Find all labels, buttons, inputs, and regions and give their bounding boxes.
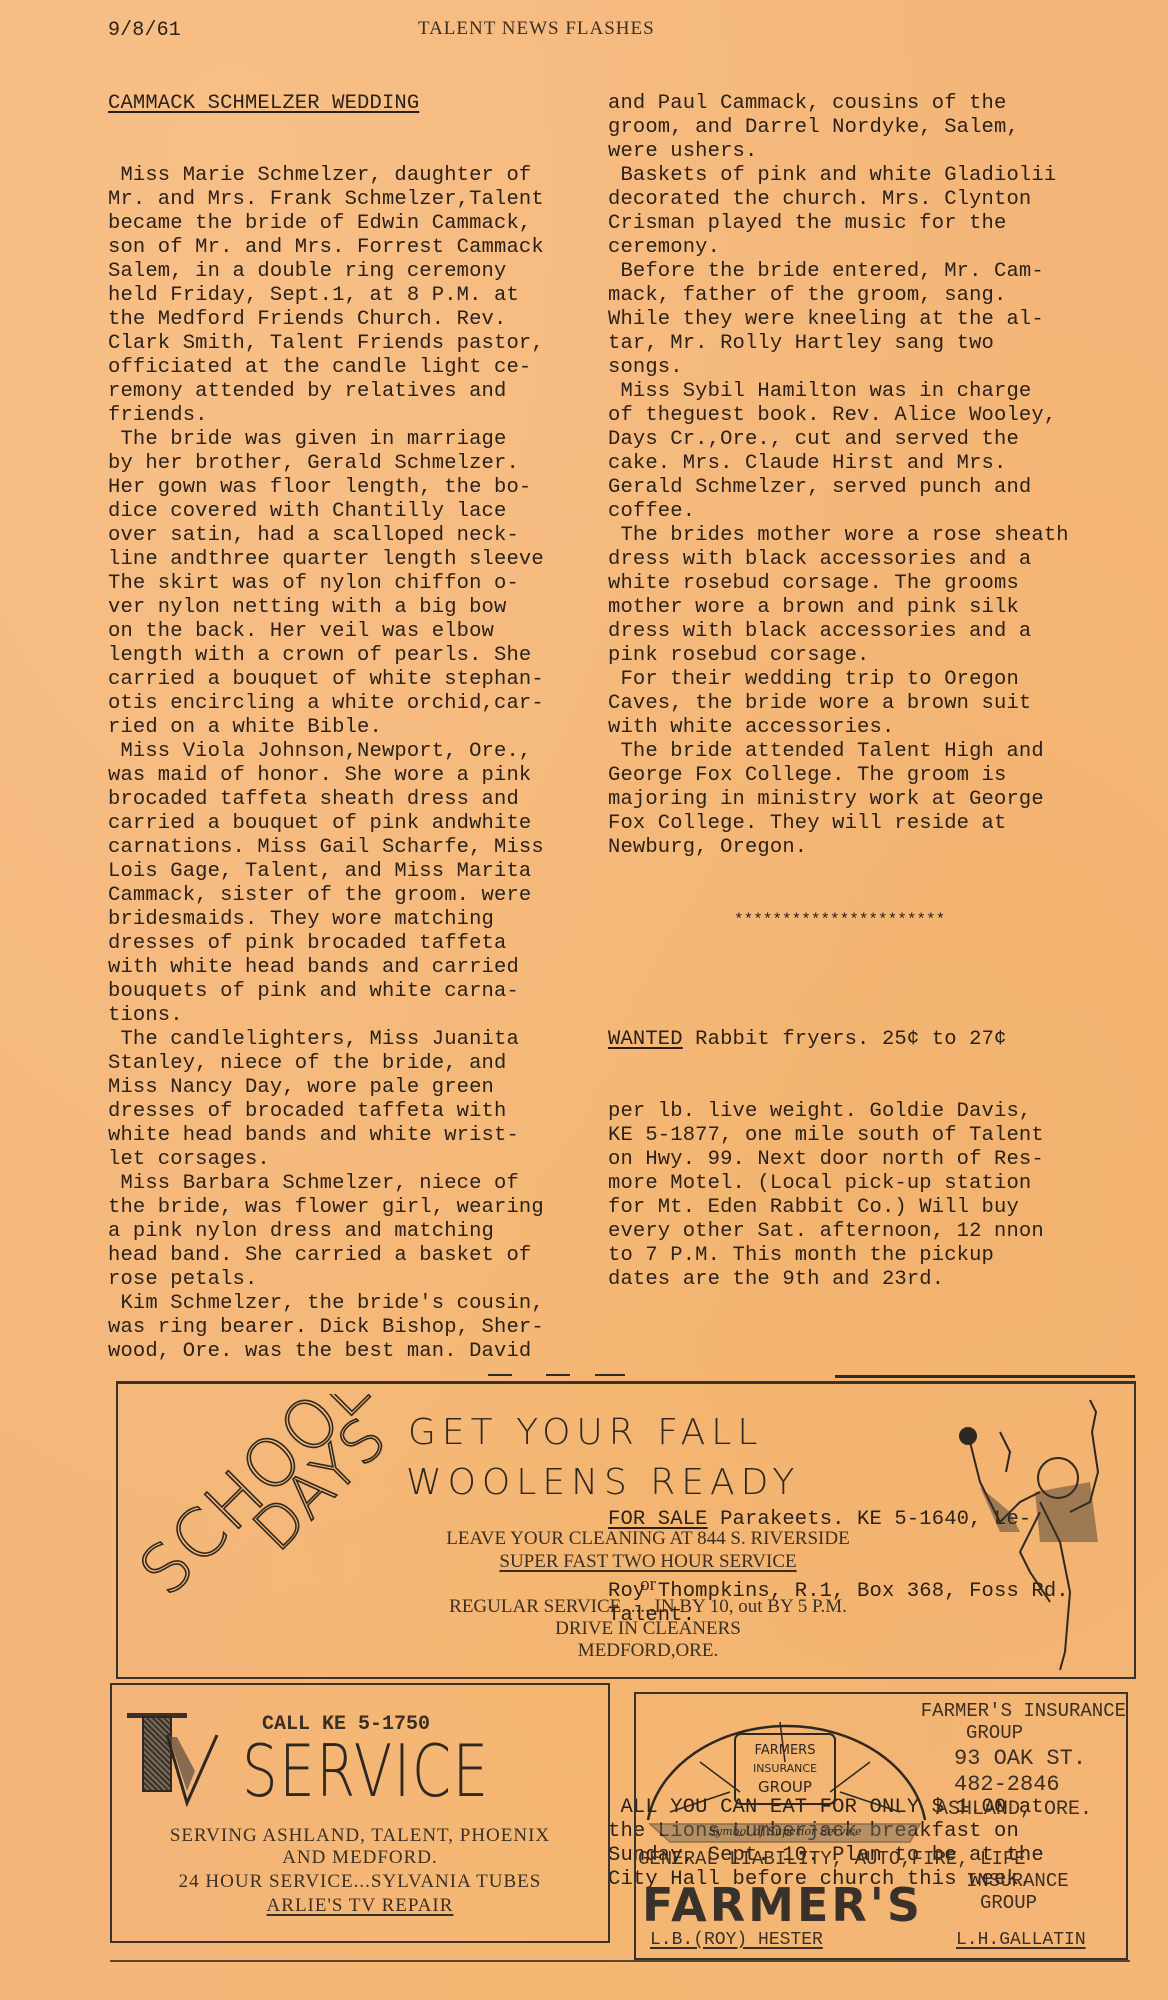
article-line: and Paul Cammack, cousins of the: [608, 92, 1148, 116]
svg-text:Symbol of Superior Service: Symbol of Superior Service: [708, 1825, 862, 1838]
divider-line: [835, 1375, 1135, 1378]
article-line: Newburg, Oregon.: [608, 836, 1148, 860]
article-line: with white accessories.: [608, 716, 1148, 740]
article-line: were ushers.: [608, 140, 1148, 164]
article-line: officiated at the candle light ce-: [108, 356, 608, 380]
divider-dash: [595, 1374, 625, 1376]
svg-text:GROUP: GROUP: [758, 1778, 812, 1796]
article-line: son of Mr. and Mrs. Forrest Cammack: [108, 236, 608, 260]
newsletter-page: 9/8/61 TALENT NEWS FLASHES CAMMACK SCHME…: [0, 0, 1168, 2000]
article-line: Clark Smith, Talent Friends pastor,: [108, 332, 608, 356]
article-line: While they were kneeling at the al-: [608, 308, 1148, 332]
article-line: Days Cr.,Ore., cut and served the: [608, 428, 1148, 452]
tv-serving-area-2: AND MEDFORD.: [112, 1847, 608, 1869]
article-line: carnations. Miss Gail Scharfe, Miss: [108, 836, 608, 860]
article-line: Kim Schmelzer, the bride's cousin,: [108, 1292, 608, 1316]
article-line: length with a crown of pearls. She: [108, 644, 608, 668]
bottom-rule: [110, 1960, 1130, 1962]
farmers-emblem: FARMERS INSURANCE GROUP Symbol of Superi…: [640, 1702, 930, 1852]
tv-logo-v: [165, 1731, 221, 1807]
wanted-label: WANTED: [608, 1028, 683, 1051]
article-line: dresses of brocaded taffeta with: [108, 1100, 608, 1124]
insurance-coverage-3: GROUP: [980, 1892, 1037, 1914]
dateline: 9/8/61: [108, 19, 181, 43]
classified-wanted: WANTED Rabbit fryers. 25¢ to 27¢ per lb.…: [608, 980, 1148, 1340]
article-line: dresses of pink brocaded taffeta: [108, 932, 608, 956]
classified-line: every other Sat. afternoon, 12 nnon: [608, 1220, 1148, 1244]
insurance-ad: FARMERS INSURANCE GROUP Symbol of Superi…: [634, 1692, 1128, 1960]
article-line: on the back. Her veil was elbow: [108, 620, 608, 644]
article-line: carried a bouquet of pink andwhite: [108, 812, 608, 836]
article-headline: CAMMACK SCHMELZER WEDDING: [108, 92, 608, 116]
wanted-first-line: Rabbit fryers. 25¢ to 27¢: [683, 1028, 1007, 1051]
article-line: white head bands and white wrist-: [108, 1124, 608, 1148]
article-line: became the bride of Edwin Cammack,: [108, 212, 608, 236]
insurance-brand: FARMER'S: [642, 1878, 923, 1932]
article-line: dice covered with Chantilly lace: [108, 500, 608, 524]
article-line: with white head bands and carried: [108, 956, 608, 980]
article-line: Miss Marie Schmelzer, daughter of: [108, 164, 608, 188]
article-line: otis encircling a white orchid,car-: [108, 692, 608, 716]
article-line: the bride, was flower girl, wearing: [108, 1196, 608, 1220]
cleaners-address: LEAVE YOUR CLEANING AT 844 S. RIVERSIDE: [408, 1528, 888, 1550]
article-right-lines: and Paul Cammack, cousins of thegroom, a…: [608, 92, 1148, 860]
article-line: was ring bearer. Dick Bishop, Sher-: [108, 1316, 608, 1340]
article-line: friends.: [108, 404, 608, 428]
article-line: The brides mother wore a rose sheath: [608, 524, 1148, 548]
article-line: dress with black accessories and a: [608, 548, 1148, 572]
article-line: coffee.: [608, 500, 1148, 524]
article-line: Before the bride entered, Mr. Cam-: [608, 260, 1148, 284]
tv-logo: [127, 1713, 227, 1803]
article-left-column: CAMMACK SCHMELZER WEDDING Miss Marie Sch…: [108, 44, 608, 1412]
article-line: line andthree quarter length sleeve: [108, 548, 608, 572]
insurance-agent-2: L.H.GALLATIN: [956, 1930, 1086, 1950]
cleaners-regular-service: REGULAR SERVICE.......IN BY 10, out BY 5…: [268, 1596, 1028, 1618]
article-line: The bride attended Talent High and: [608, 740, 1148, 764]
article-line: the Medford Friends Church. Rev.: [108, 308, 608, 332]
article-line: head band. She carried a basket of: [108, 1244, 608, 1268]
article-line: bridesmaids. They wore matching: [108, 908, 608, 932]
insurance-phone: 482-2846: [954, 1772, 1060, 1797]
article-line: rose petals.: [108, 1268, 608, 1292]
article-line: Miss Barbara Schmelzer, niece of: [108, 1172, 608, 1196]
article-line: Her gown was floor length, the bo-: [108, 476, 608, 500]
article-line: by her brother, Gerald Schmelzer.: [108, 452, 608, 476]
article-line: ceremony.: [608, 236, 1148, 260]
svg-text:INSURANCE: INSURANCE: [753, 1762, 817, 1775]
insurance-coverage: GENERAL LIABILITY, AUTO,FIRE, LIFE: [638, 1848, 1026, 1870]
cleaners-fast-service: SUPER FAST TWO HOUR SERVICE: [408, 1551, 888, 1573]
cleaners-city: MEDFORD,ORE.: [408, 1640, 888, 1662]
tv-business-name: ARLIE'S TV REPAIR: [112, 1895, 608, 1917]
article-line: brocaded taffeta sheath dress and: [108, 788, 608, 812]
article-line: The candlelighters, Miss Juanita: [108, 1028, 608, 1052]
classified-line: on Hwy. 99. Next door north of Res-: [608, 1148, 1148, 1172]
article-line: held Friday, Sept.1, at 8 P.M. at: [108, 284, 608, 308]
article-line: The skirt was of nylon chiffon o-: [108, 572, 608, 596]
insurance-agent-1: L.B.(ROY) HESTER: [650, 1930, 823, 1950]
article-line: Gerald Schmelzer, served punch and: [608, 476, 1148, 500]
article-line: cake. Mrs. Claude Hirst and Mrs.: [608, 452, 1148, 476]
article-line: ver nylon netting with a big bow: [108, 596, 608, 620]
article-line: dress with black accessories and a: [608, 620, 1148, 644]
insurance-coverage-2: INSURANCE: [966, 1870, 1069, 1892]
insurance-name-2: GROUP: [966, 1722, 1023, 1744]
article-line: George Fox College. The groom is: [608, 764, 1148, 788]
article-line: let corsages.: [108, 1148, 608, 1172]
school-days-script: SCHOOL DAYS: [128, 1394, 428, 1614]
section-separator: **********************: [608, 908, 1148, 932]
article-line: Miss Nancy Day, wore pale green: [108, 1076, 608, 1100]
article-line: Crisman played the music for the: [608, 212, 1148, 236]
article-line: Lois Gage, Talent, and Miss Marita: [108, 860, 608, 884]
article-line: mack, father of the groom, sang.: [608, 284, 1148, 308]
classified-line: per lb. live weight. Goldie Davis,: [608, 1100, 1148, 1124]
article-line: Stanley, niece of the bride, and: [108, 1052, 608, 1076]
article-line: wood, Ore. was the best man. David: [108, 1340, 608, 1364]
cleaners-or: or: [408, 1574, 888, 1596]
classified-line: more Motel. (Local pick-up station: [608, 1172, 1148, 1196]
article-line: Miss Viola Johnson,Newport, Ore.,: [108, 740, 608, 764]
article-line: Mr. and Mrs. Frank Schmelzer,Talent: [108, 188, 608, 212]
classified-line: to 7 P.M. This month the pickup: [608, 1244, 1148, 1268]
article-line: Salem, in a double ring ceremony: [108, 260, 608, 284]
classified-line: KE 5-1877, one mile south of Talent: [608, 1124, 1148, 1148]
football-player-illustration: [940, 1392, 1120, 1672]
article-line: was maid of honor. She wore a pink: [108, 764, 608, 788]
article-line: Cammack, sister of the groom. were: [108, 884, 608, 908]
article-line: decorated the church. Mrs. Clynton: [608, 188, 1148, 212]
tv-serving-area: SERVING ASHLAND, TALENT, PHOENIX: [112, 1825, 608, 1847]
article-line: white rosebud corsage. The grooms: [608, 572, 1148, 596]
insurance-city: ASHLAND, ORE.: [936, 1798, 1092, 1821]
article-line: The bride was given in marriage: [108, 428, 608, 452]
cleaners-ad: SCHOOL DAYS GET YOUR FALL WOOLENS READY …: [116, 1381, 1136, 1679]
article-line: For their wedding trip to Oregon: [608, 668, 1148, 692]
article-left-lines: Miss Marie Schmelzer, daughter ofMr. and…: [108, 164, 608, 1364]
article-line: of theguest book. Rev. Alice Wooley,: [608, 404, 1148, 428]
article-line: bouquets of pink and white carna-: [108, 980, 608, 1004]
article-line: over satin, had a scalloped neck-: [108, 524, 608, 548]
article-line: carried a bouquet of white stephan-: [108, 668, 608, 692]
article-line: majoring in ministry work at George: [608, 788, 1148, 812]
divider-dash: [546, 1374, 570, 1376]
tv-service-title: SERVICE: [242, 1729, 490, 1813]
cleaners-headline-1: GET YOUR FALL: [408, 1412, 763, 1453]
classified-line: for Mt. Eden Rabbit Co.) Will buy: [608, 1196, 1148, 1220]
insurance-address: 93 OAK ST.: [954, 1746, 1086, 1771]
divider-dash: [488, 1374, 512, 1376]
tv-hours: 24 HOUR SERVICE...SYLVANIA TUBES: [112, 1871, 608, 1893]
article-line: Baskets of pink and white Gladiolii: [608, 164, 1148, 188]
article-line: Caves, the bride wore a brown suit: [608, 692, 1148, 716]
article-line: tions.: [108, 1004, 608, 1028]
article-line: Fox College. They will reside at: [608, 812, 1148, 836]
article-line: pink rosebud corsage.: [608, 644, 1148, 668]
masthead-title: TALENT NEWS FLASHES: [418, 18, 655, 40]
article-line: a pink nylon dress and matching: [108, 1220, 608, 1244]
article-line: mother wore a brown and pink silk: [608, 596, 1148, 620]
svg-text:FARMERS: FARMERS: [755, 1743, 816, 1758]
wanted-lines: per lb. live weight. Goldie Davis,KE 5-1…: [608, 1100, 1148, 1292]
article-line: groom, and Darrel Nordyke, Salem,: [608, 116, 1148, 140]
article-line: remony attended by relatives and: [108, 380, 608, 404]
article-line: Miss Sybil Hamilton was in charge: [608, 380, 1148, 404]
cleaners-headline-2: WOOLENS READY: [406, 1462, 800, 1503]
article-line: songs.: [608, 356, 1148, 380]
tv-service-ad: CALL KE 5-1750 SERVICE SERVING ASHLAND, …: [110, 1683, 610, 1943]
classified-line: dates are the 9th and 23rd.: [608, 1268, 1148, 1292]
insurance-name: FARMER'S INSURANCE: [876, 1700, 1126, 1722]
cleaners-business-name: DRIVE IN CLEANERS: [408, 1618, 888, 1640]
article-line: ried on a white Bible.: [108, 716, 608, 740]
article-line: tar, Mr. Rolly Hartley sang two: [608, 332, 1148, 356]
